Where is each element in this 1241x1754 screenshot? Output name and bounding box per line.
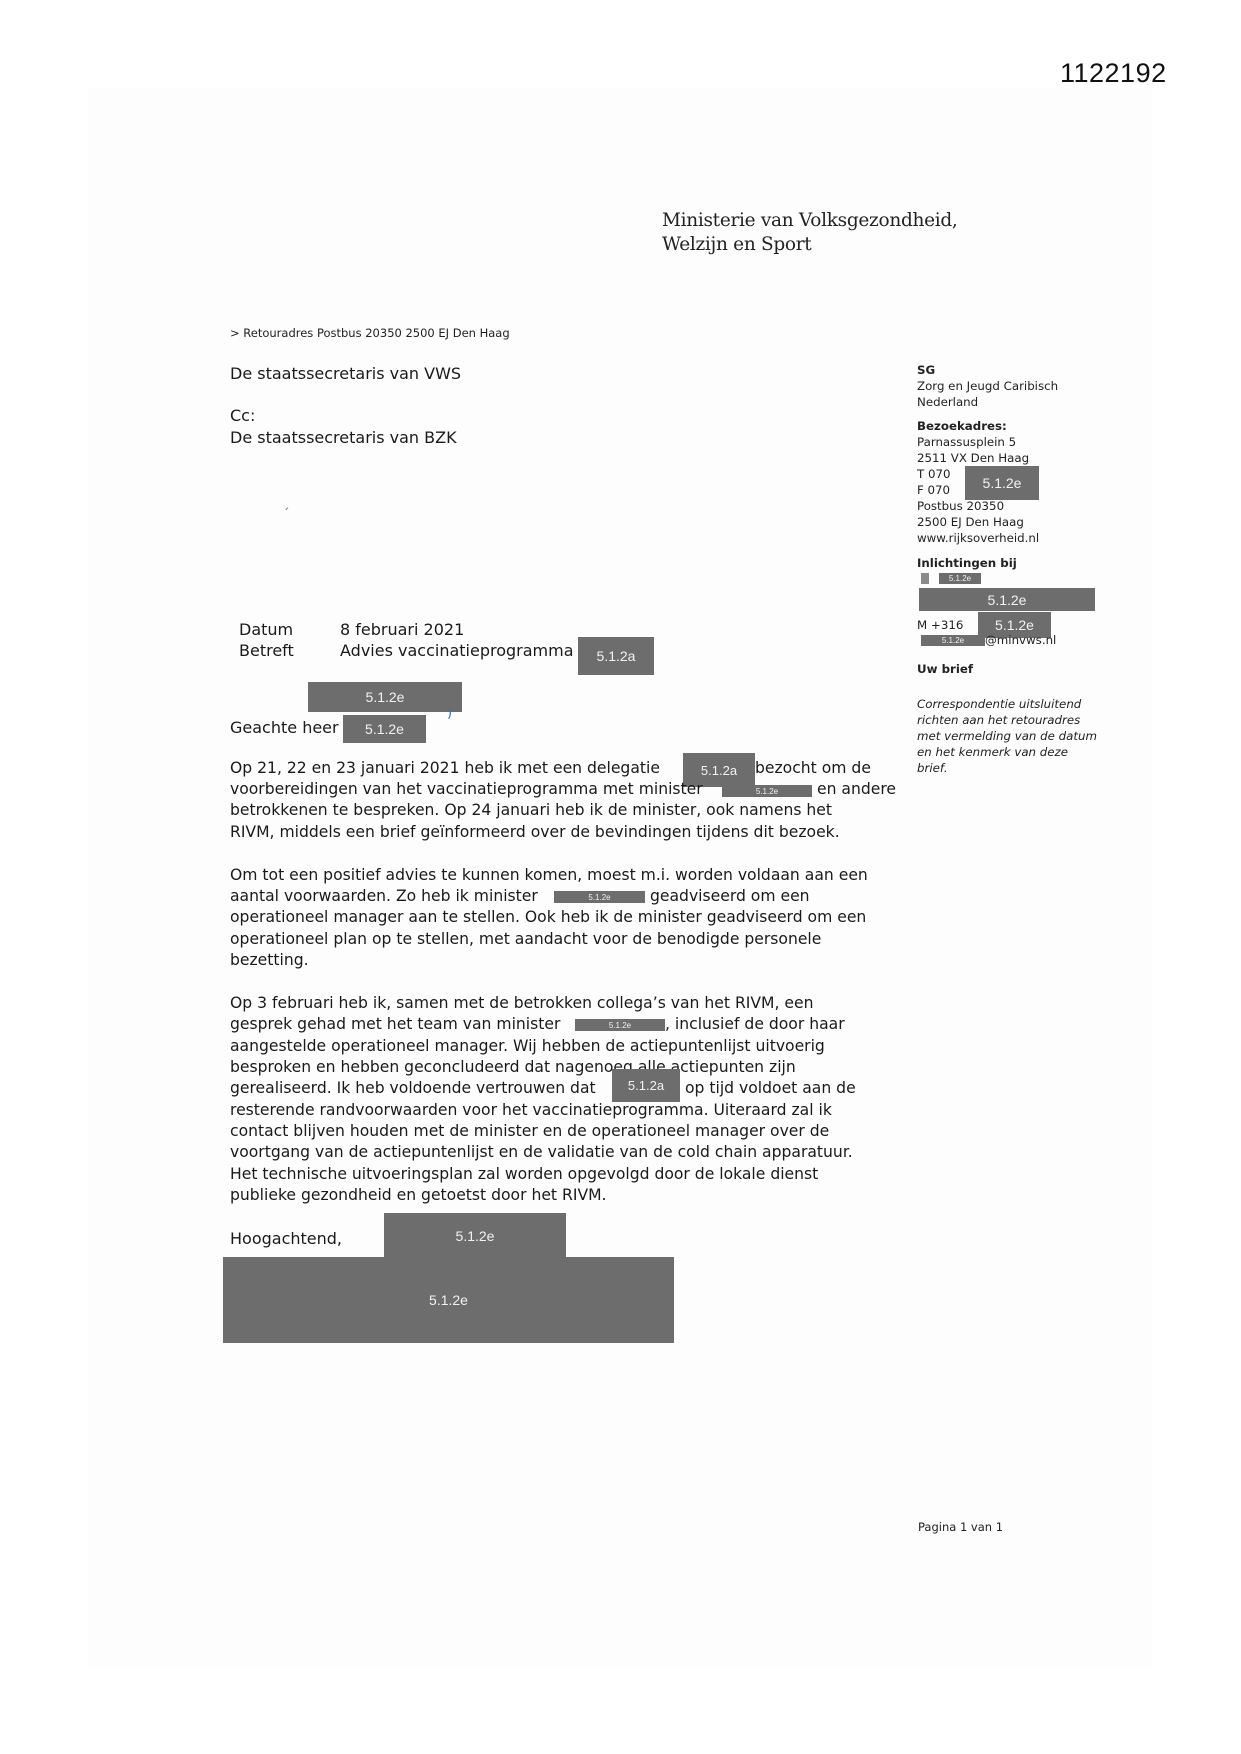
visit-city: 2511 VX Den Haag	[917, 450, 1039, 466]
text-line: resterende randvoorwaarden voor het vacc…	[230, 1100, 832, 1121]
redaction-box: 5.1.2a	[612, 1069, 680, 1102]
note-line: Correspondentie uitsluitend	[917, 697, 1081, 711]
text-line: gerealiseerd. Ik heb voldoende vertrouwe…	[230, 1078, 596, 1099]
text-line: Op 21, 22 en 23 januari 2021 heb ik met …	[230, 758, 660, 779]
text-line: publieke gezondheid en getoetst door het…	[230, 1185, 607, 1206]
ministry-logo-text: Ministerie van Volksgezondheid, Welzijn …	[662, 209, 958, 257]
text-line: aantal voorwaarden. Zo heb ik minister	[230, 886, 538, 907]
text-line: operationeel manager aan te stellen. Ook…	[230, 907, 866, 928]
text-line: Om tot een positief advies te kunnen kom…	[230, 865, 868, 886]
note-line: en het kenmerk van deze	[917, 745, 1068, 759]
text-line: aangestelde operationeel manager. Wij he…	[230, 1036, 825, 1057]
document-number: 1122192	[1060, 58, 1167, 89]
postbox: Postbus 20350	[917, 498, 1039, 514]
redaction-box: 5.1.2e	[575, 1019, 665, 1031]
text-line: bezetting.	[230, 950, 309, 971]
ministry-line-2: Welzijn en Sport	[662, 233, 958, 257]
note-line: richten aan het retouradres	[917, 713, 1080, 727]
sidebar-your-letter: Uw brief	[917, 661, 973, 677]
text-line: op tijd voldoet aan de	[685, 1078, 856, 1099]
text-line: Het technische uitvoeringsplan zal worde…	[230, 1164, 818, 1185]
salutation: Geachte heer	[230, 718, 339, 737]
postbox-city: 2500 EJ Den Haag	[917, 514, 1039, 530]
scan-artifact-mark: )	[447, 706, 452, 721]
page-number: Pagina 1 van 1	[918, 1520, 1003, 1534]
text-line: contact blijven houden met de minister e…	[230, 1121, 829, 1142]
scan-artifact-mark: ˏ	[283, 496, 290, 511]
redaction-box: 5.1.2e	[554, 891, 645, 903]
cc-label: Cc:	[230, 405, 457, 427]
ministry-line-1: Ministerie van Volksgezondheid,	[662, 209, 958, 233]
redaction-box	[921, 573, 929, 584]
redaction-box: 5.1.2e	[965, 466, 1039, 500]
redaction-box: 5.1.2e	[921, 635, 985, 646]
signature-redaction-box: 5.1.2e	[223, 1257, 674, 1343]
text-line: Op 3 februari heb ik, samen met de betro…	[230, 993, 814, 1014]
closing: Hoogachtend,	[230, 1228, 342, 1249]
return-address: > Retouradres Postbus 20350 2500 EJ Den …	[230, 326, 510, 340]
text-line: operationeel plan op te stellen, met aan…	[230, 929, 821, 950]
redaction-box: 5.1.2e	[343, 715, 426, 743]
cc-block: Cc: De staatssecretaris van BZK	[230, 405, 457, 449]
visit-heading: Bezoekadres:	[917, 419, 1007, 433]
text-line: voortgang van de actiepuntenlijst en de …	[230, 1142, 853, 1163]
dept-heading: SG	[917, 363, 935, 377]
text-line: bezocht om de	[755, 758, 871, 779]
text-line: , inclusief de door haar	[665, 1014, 845, 1035]
note-line: brief.	[917, 761, 948, 775]
dept-line-1: Zorg en Jeugd Caribisch	[917, 378, 1058, 394]
website: www.rijksoverheid.nl	[917, 530, 1039, 546]
redaction-box: 5.1.2e	[722, 785, 812, 797]
sidebar-info: Inlichtingen bij	[917, 555, 1017, 571]
subject-label: Betreft	[239, 641, 294, 660]
subject-value: Advies vaccinatieprogramma	[340, 641, 574, 660]
text-line: gesprek gehad met het team van minister	[230, 1014, 560, 1035]
redaction-box: 5.1.2e	[308, 682, 462, 712]
text-line: voorbereidingen van het vaccinatieprogra…	[230, 779, 703, 800]
addressee: De staatssecretaris van VWS	[230, 363, 461, 385]
info-heading: Inlichtingen bij	[917, 556, 1017, 570]
text-line: RIVM, middels een brief geïnformeerd ove…	[230, 822, 840, 843]
sidebar-department: SG Zorg en Jeugd Caribisch Nederland	[917, 362, 1058, 410]
mobile-number: M +316	[917, 617, 963, 633]
text-line: betrokkenen te bespreken. Op 24 januari …	[230, 800, 832, 821]
text-line: geadviseerd om een	[650, 886, 810, 907]
email-suffix: @minvws.nl	[985, 632, 1056, 648]
your-letter-heading: Uw brief	[917, 662, 973, 676]
cc-addressee: De staatssecretaris van BZK	[230, 427, 457, 449]
note-line: met vermelding van de datum	[917, 729, 1097, 743]
redaction-box: 5.1.2e	[919, 588, 1095, 611]
visit-street: Parnassusplein 5	[917, 434, 1039, 450]
date-value: 8 februari 2021	[340, 620, 464, 639]
date-label: Datum	[239, 620, 293, 639]
dept-line-2: Nederland	[917, 394, 1058, 410]
redaction-box: 5.1.2a	[578, 637, 654, 675]
signature-redaction-box: 5.1.2e	[384, 1213, 566, 1258]
redaction-box: 5.1.2e	[939, 573, 981, 584]
text-line: besproken en hebben geconcludeerd dat na…	[230, 1057, 796, 1078]
sidebar-correspondence-note: Correspondentie uitsluitend richten aan …	[917, 696, 1097, 776]
text-line: en andere	[817, 779, 896, 800]
